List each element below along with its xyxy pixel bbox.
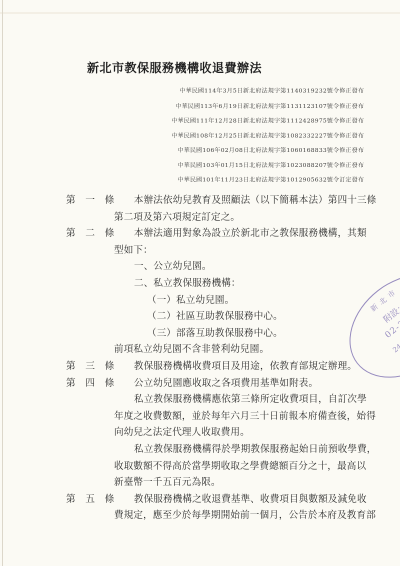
promulgation-line: 中華民國103年01月15日北府法規字第1023088207號令修正發布	[171, 158, 364, 173]
body-line: 年度之收費數額，並於每年六月三十日前報本府備查後，始得	[114, 409, 400, 426]
body-line-article-3: 第 三 條 教保服務機構收費項目及用途，依教育部規定辦理。	[66, 359, 400, 376]
promulgation-line: 中華民國111年12月28日新北府法規字第1112428975號令修正發布	[171, 114, 364, 129]
document-body: 第 一 條 本辦法依幼兒教育及照顧法（以下簡稱本法）第四十三條 第二項及第六項規…	[0, 193, 400, 525]
body-line-article-5: 第 五 條 教保服務機構之收退費基準、收費項目與數額及減免收	[66, 492, 400, 509]
body-line-list-item: 一、公立幼兒園。	[134, 259, 400, 276]
body-line: 型如下：	[114, 243, 400, 260]
body-line: 向幼兒之法定代理人收取費用。	[114, 425, 400, 442]
body-line-article-4: 第 四 條 公立幼兒園應收取之各項費用基準如附表。	[66, 376, 400, 393]
body-line-article-2: 第 二 條 本辦法適用對象為設立於新北市之教保服務機構，其類	[66, 226, 400, 243]
promulgation-line: 中華民國113年6月19日新北府法規字第1131123107號令修正發布	[171, 99, 364, 114]
body-line: 費規定，應至少於每學期開始前一個月，公告於本府及教育部	[114, 508, 400, 525]
promulgation-line: 中華民國101年11月23日北府法規字第1012905632號令訂定發布	[171, 173, 364, 188]
promulgation-line: 中華民國108年12月25日新北府法規字第1082332227號令修正發布	[171, 129, 364, 144]
body-line: 私立教保服務機構應依第三條所定收費項目，自訂次學	[134, 392, 400, 409]
promulgation-line: 中華民國114年3月5日新北府法規字第1140319232號令修正發布	[171, 84, 364, 99]
body-line-article-1: 第 一 條 本辦法依幼兒教育及照顧法（以下簡稱本法）第四十三條	[66, 193, 400, 210]
scan-artifact-line	[0, 12, 400, 14]
body-line: 新臺幣一千五百元為限。	[114, 475, 400, 492]
document-title: 新北市教保服務機構收退費辦法	[0, 59, 349, 76]
body-line-list-item: 二、私立教保服務機構：	[134, 276, 400, 293]
promulgation-line: 中華民國106年02月08日北府法規字第1060168833號令修正發布	[171, 143, 364, 158]
body-line: 第二項及第六項規定訂定之。	[114, 210, 400, 227]
body-line: 私立教保服務機構得於學期教保服務起始日前預收學費，	[134, 442, 400, 459]
document-page: 新北市教保服務機構收退費辦法 中華民國114年3月5日新北府法規字第114031…	[0, 0, 400, 566]
body-line: 收取數額不得高於當學期收取之學費總額百分之十，最高以	[114, 459, 400, 476]
promulgation-history: 中華民國114年3月5日新北府法規字第1140319232號令修正發布 中華民國…	[171, 84, 364, 188]
